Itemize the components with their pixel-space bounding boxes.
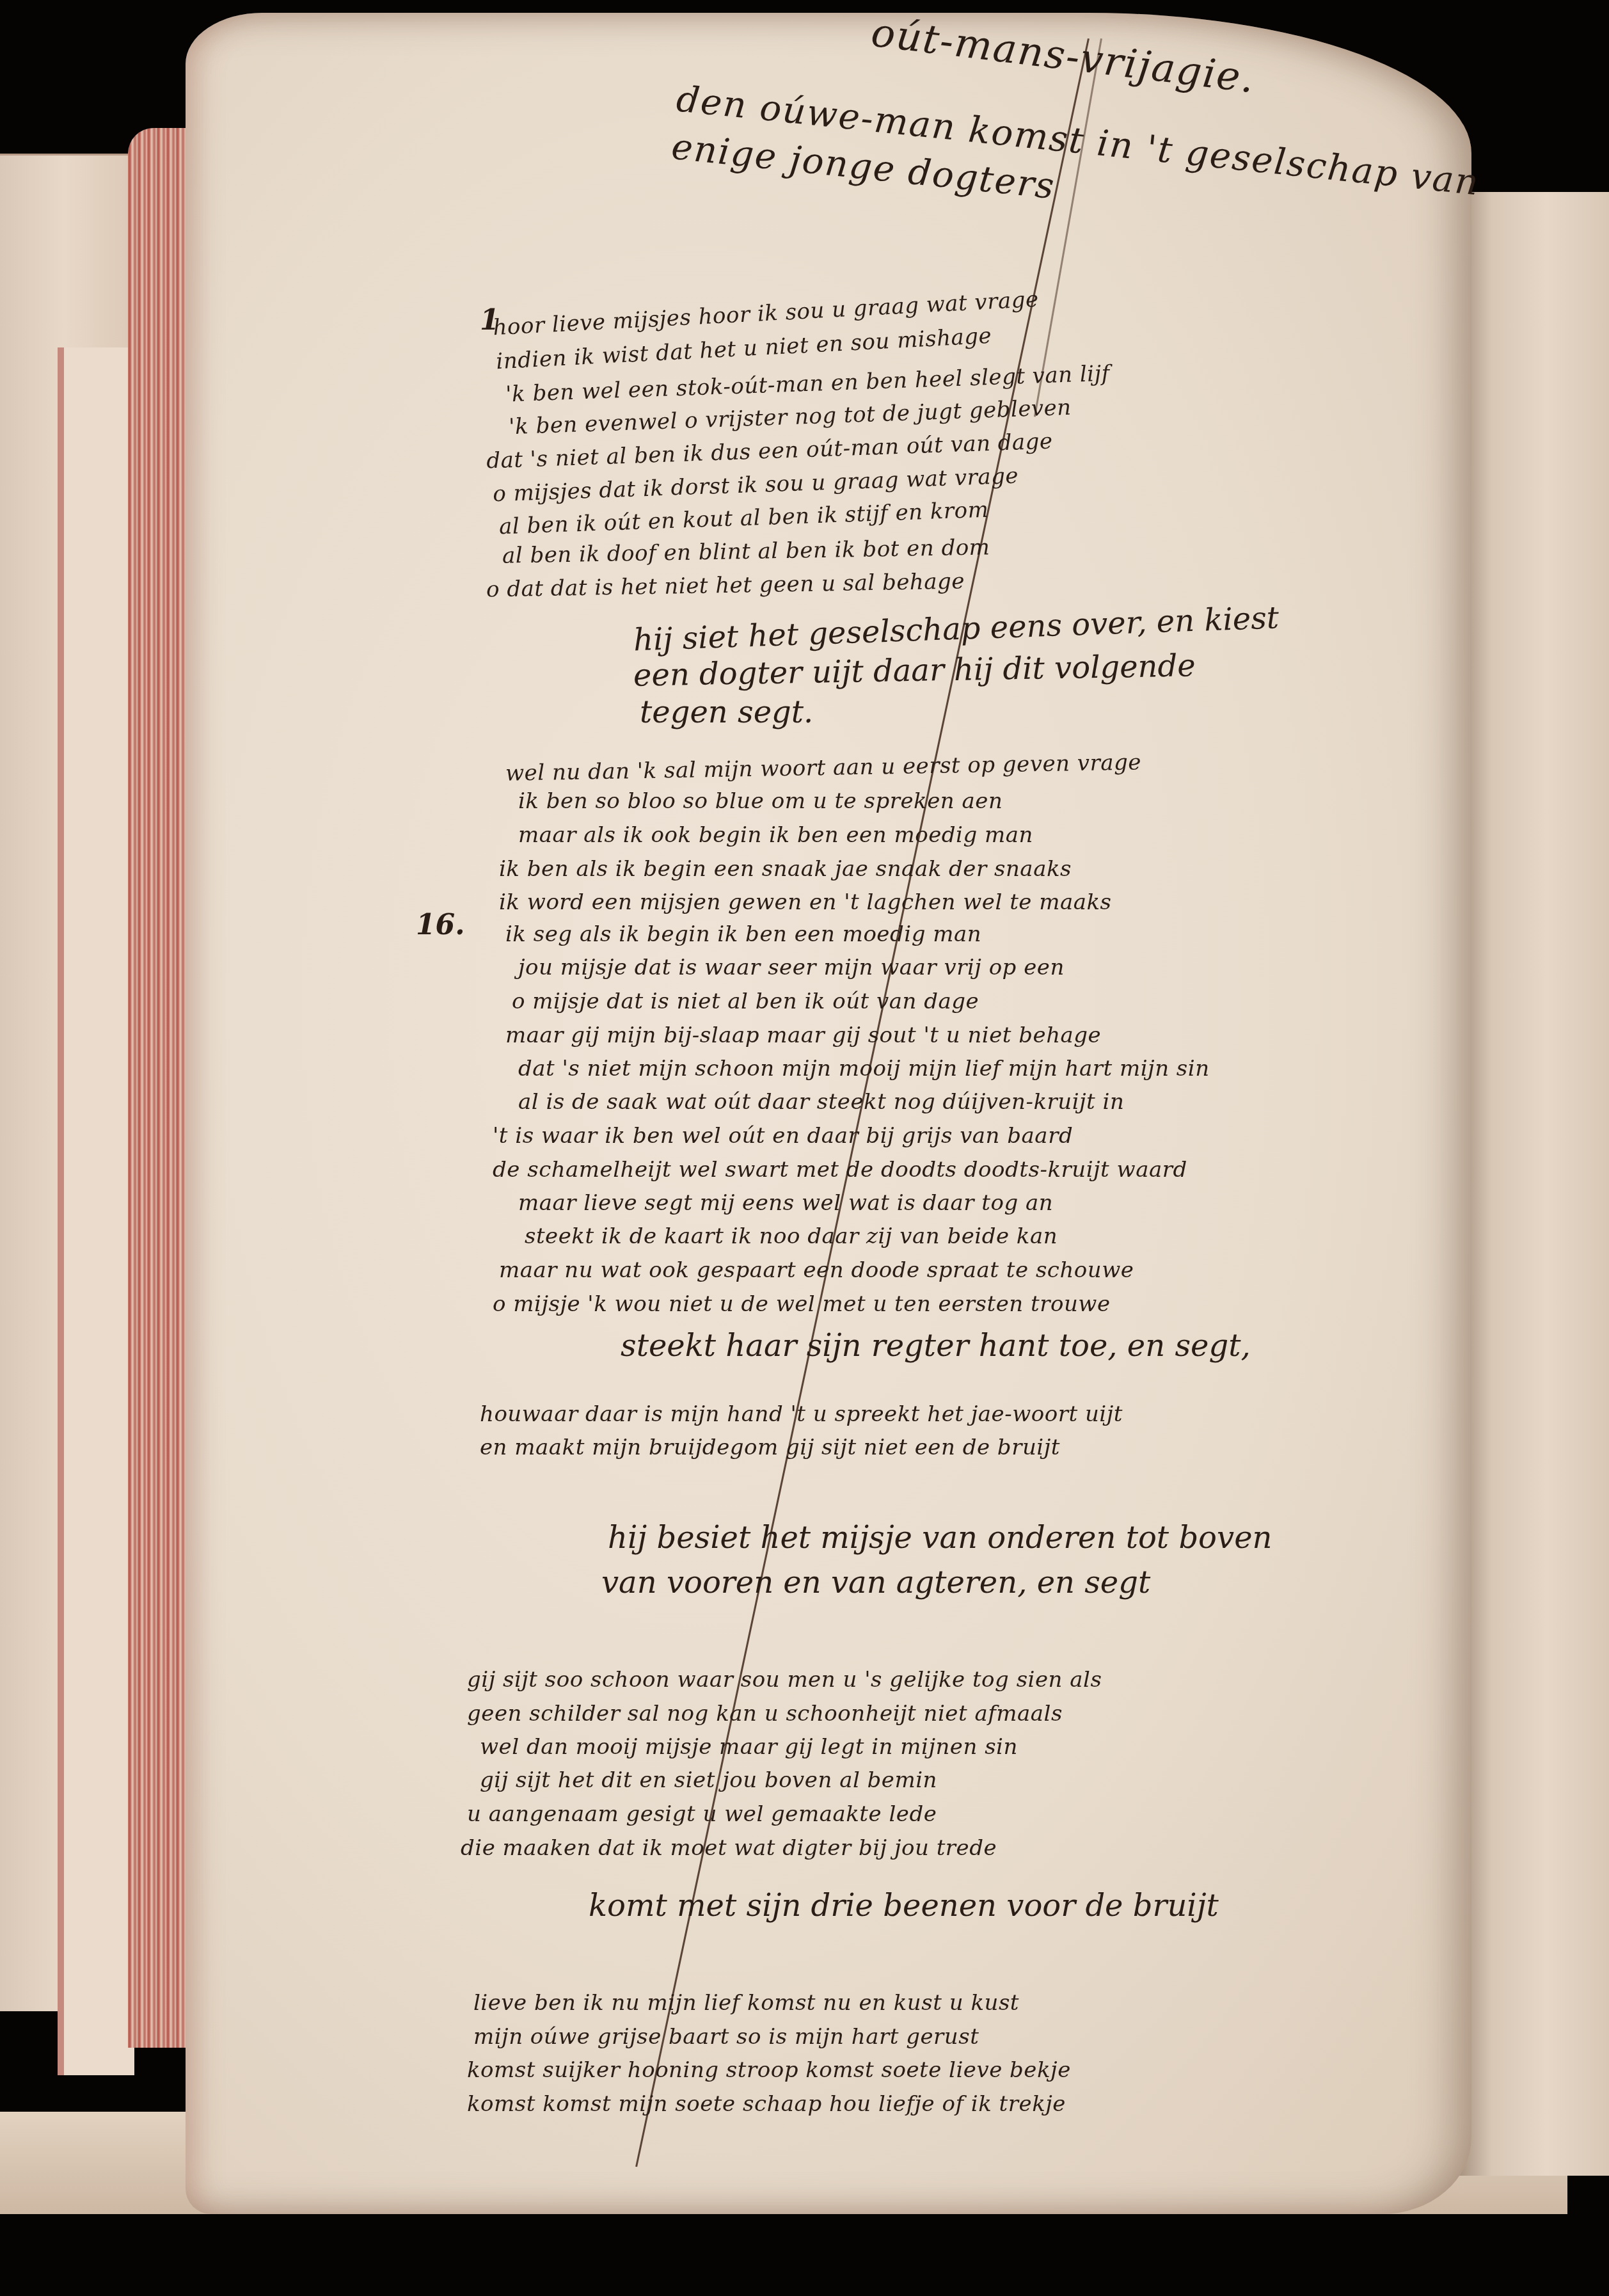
verse-line: de schamelheijt wel swart met de doodts … [493,1157,1187,1183]
ruled-margin-line-2 [1034,38,1102,417]
verse-line: o mijsje dat is niet al ben ik oút van d… [512,989,979,1014]
verse-line: mijn oúwe grijse baart so is mijn hart g… [473,2024,979,2050]
scene-heading: den oúwe-man komst in 't geselschap van … [669,75,1570,264]
verse-line: steekt ik de kaart ik noo daar zij van b… [525,1224,1058,1249]
verse-line: maar lieve segt mij eens wel wat is daar… [518,1190,1053,1216]
verse-line: u aangenaam gesigt u wel gemaakte lede [467,1801,937,1827]
stage-direction: van vooren en van agteren, en segt [601,1565,1150,1600]
verse-line: komst suijker hooning stroop komst soete… [467,2057,1071,2083]
verse-line: gij sijt het dit en siet jou boven al be… [480,1767,937,1793]
manuscript-page: oút-mans-vrijagie. den oúwe-man komst in… [186,13,1471,2214]
verse-line: en maakt mijn bruijdegom gij sijt niet e… [480,1435,1060,1460]
verse-line: dat 's niet mijn schoon mijn mooij mijn … [518,1056,1210,1081]
verse-line: ik seg als ik begin ik ben een moedig ma… [505,921,981,947]
verse-line: ik ben so bloo so blue om u te spreken a… [518,788,1003,814]
stage-direction: hij besiet het mijsje van onderen tot bo… [608,1520,1272,1556]
verse-line: maar nu wat ook gespaart een doode spraa… [499,1257,1134,1283]
verse-line: lieve ben ik nu mijn lief komst nu en ku… [473,1990,1019,2016]
verse-line: ik ben als ik begin een snaak jae snaak … [499,856,1072,882]
verse-line: maar als ik ook begin ik ben een moedig … [518,822,1033,848]
verse-line: komst komst mijn soete schaap hou liefje… [467,2091,1066,2117]
cover-inner-board [58,347,134,2075]
verse-marker: 16. [416,909,465,941]
verse-line: jou mijsje dat is waar seer mijn waar vr… [518,955,1065,980]
verse-line: o mijsje 'k wou niet u de wel met u ten … [493,1291,1111,1317]
verse-line: wel dan mooij mijsje maar gij legt in mi… [480,1734,1018,1760]
verse-line: die maaken dat ik moet wat digter bij jo… [461,1835,997,1861]
stage-direction: steekt haar sijn regter hant toe, en seg… [621,1328,1251,1364]
facing-page-right [1452,192,1609,2176]
verse-line: gij sijt soo schoon waar sou men u 's ge… [467,1667,1102,1693]
verse-line: wel nu dan 'k sal mijn woort aan u eerst… [505,749,1142,786]
verse-line: geen schilder sal nog kan u schoonheijt … [467,1701,1063,1726]
verse-line: al ben ik doof en blint al ben ik bot en… [502,534,990,568]
verse-line: houwaar daar is mijn hand 't u spreekt h… [480,1401,1123,1427]
stage-direction: komt met sijn drie beenen voor de bruijt [589,1888,1219,1924]
page-title: oút-mans-vrijagie. [869,8,1258,102]
stage-direction: tegen segt. [640,694,813,730]
verse-line: maar gij mijn bij-slaap maar gij sout 't… [505,1023,1101,1048]
verse-line: al is de saak wat oút daar steekt nog dú… [518,1089,1124,1115]
verse-line: ik word een mijsjen gewen en 't lagchen … [499,889,1112,915]
verse-line: 't is waar ik ben wel oút en daar bij gr… [493,1123,1073,1149]
verse-line: o dat dat is het niet het geen u sal beh… [486,568,965,602]
